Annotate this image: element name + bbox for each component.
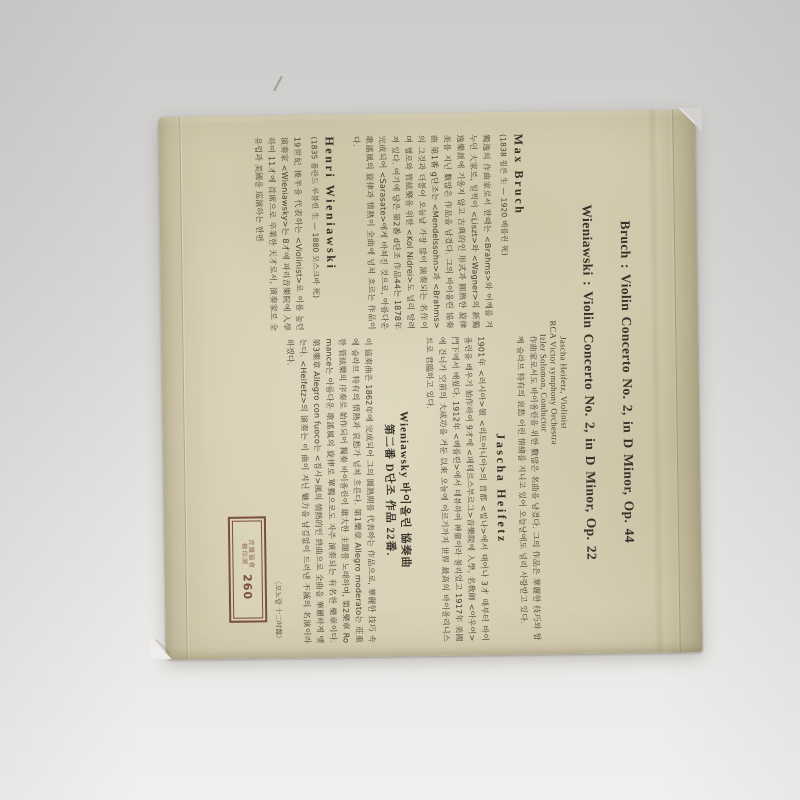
photo-background: Bruch : Violin Concerto No. 2, in D Mino… [0, 0, 800, 800]
heifetz-biography-text: 1901年 <러시아>領 <리트아니아>의 首都 <빌나>에서 태어나 3才 때… [422, 336, 491, 642]
stamp-number: 260 [242, 574, 253, 600]
wieniawski-biography-text: 19世紀 後半을 代表하는 <Violinist>로 이름 높던 演奏家 <Wi… [252, 137, 307, 332]
stamp-text: 音盤協會 檢印濟 [240, 539, 255, 569]
liner-notes-page: Bruch : Violin Concerto No. 2, in D Mino… [158, 109, 703, 659]
liner-notes-left-column: Max Bruch (1838 쾰른 生 — 1920 베를린 死) 獨逸의 作… [252, 134, 529, 332]
backdrop-scratch [273, 76, 283, 92]
bruch-dates: (1838 쾰른 生 — 1920 베를린 死) [498, 134, 511, 328]
concerto-description-text: 이 協奏曲은 1862年에 完成되어 그의 圓熟期를 代表하는 作品으로, 華麗… [283, 338, 378, 644]
format-footnote: 〈모노랄 十二吋盤〉 [269, 339, 282, 644]
wieniawski-biography-continued: 作曲家로서도 바이올린을 위한 數많은 名曲을 남겼다. 그의 作品은 華麗한 … [513, 335, 543, 640]
section-heading-bruch: Max Bruch [512, 134, 529, 328]
wieniawski-dates: (1835 폴란드 루블린 生 — 1880 모스크바 死) [309, 137, 322, 331]
price-stamp-border: 音盤協會 檢印濟 260 [232, 520, 263, 618]
liner-notes-right-column: 作曲家로서도 바이올린을 위한 數많은 名曲을 남겼다. 그의 作品은 華麗한 … [225, 335, 543, 644]
album-title-line-2: Wieniawski : Violin Concerto No. 2, in D… [578, 117, 601, 648]
price-stamp: 音盤協會 檢印濟 260 [228, 516, 267, 623]
stamp-text-line-2: 檢印濟 [240, 539, 248, 569]
album-title-line-1: Bruch : Violin Concerto No. 2, in D Mino… [616, 116, 639, 647]
bottom-left-corner-fold [150, 637, 172, 659]
record-sleeve-back: Bruch : Violin Concerto No. 2, in D Mino… [158, 109, 703, 659]
section-heading-heifetz: Jascha Heifetz [492, 336, 510, 641]
bruch-biography-text: 獨逸의 作曲家로서 한때는 <Brahms>와 어깨를 겨누던 大家로, 일찍이… [350, 134, 496, 330]
section-heading-wieniawski: Henri Wieniawski [323, 136, 340, 330]
